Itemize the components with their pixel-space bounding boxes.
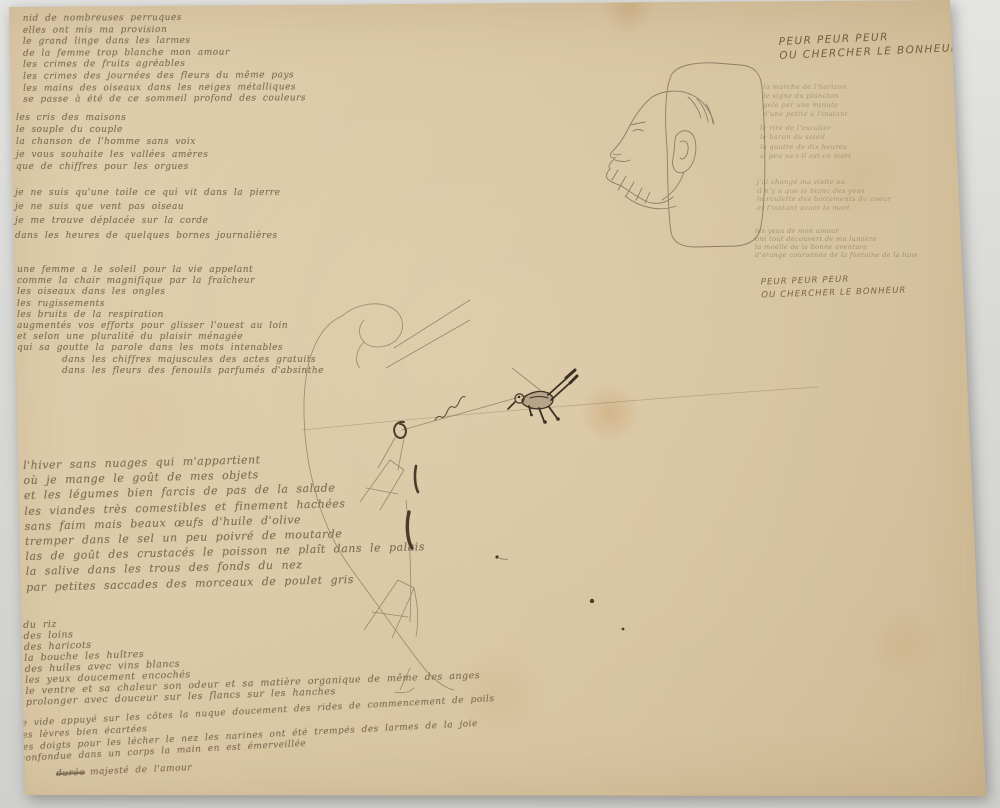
ink-blob-1 (407, 512, 412, 548)
a-frame-lower (364, 580, 418, 638)
bird-sketch (508, 370, 577, 424)
base-mark (395, 668, 414, 693)
eye (630, 122, 645, 131)
jaw-line (662, 172, 684, 200)
head-frame (666, 63, 765, 247)
skull-top (652, 91, 714, 124)
loop-appendix (357, 342, 364, 368)
ink-hook (394, 422, 406, 438)
bird-tail-tip (566, 370, 577, 383)
top-loop (342, 304, 403, 347)
bird-beak (508, 402, 515, 409)
speck-3 (622, 628, 625, 631)
mustache (615, 160, 630, 162)
ear-inner (680, 141, 688, 159)
ear (673, 131, 696, 173)
bird-foot-3 (530, 414, 533, 417)
paper-crease (302, 387, 818, 430)
speck-2 (590, 599, 594, 603)
bird-foot-1 (543, 420, 547, 424)
sketch-overlay (0, 0, 1000, 808)
dark-ink-accents (394, 397, 465, 548)
a-frame-upper (360, 460, 404, 510)
ink-blob-2 (415, 466, 418, 492)
ink-specks (495, 555, 624, 630)
large-curve (304, 316, 454, 690)
beard-hatching (612, 170, 676, 209)
paper-shadow: nid de nombreuses perruques elles ont mi… (0, 0, 1000, 808)
figure-sketch (304, 300, 541, 693)
triangle-lines (402, 368, 541, 430)
face-profile (606, 97, 673, 203)
bird-foot-2 (556, 417, 560, 421)
manuscript-paper: nid de nombreuses perruques elles ont mi… (0, 0, 1000, 808)
speck-1 (495, 555, 498, 558)
head-sketch (606, 63, 764, 247)
frame-legs (378, 436, 404, 470)
nostril (613, 154, 621, 155)
crossing-lines (386, 300, 470, 368)
speck-1-tail (499, 558, 508, 559)
photograph-of-manuscript: nid de nombreuses perruques elles ont mi… (0, 0, 1000, 808)
bird-eye (518, 396, 520, 398)
